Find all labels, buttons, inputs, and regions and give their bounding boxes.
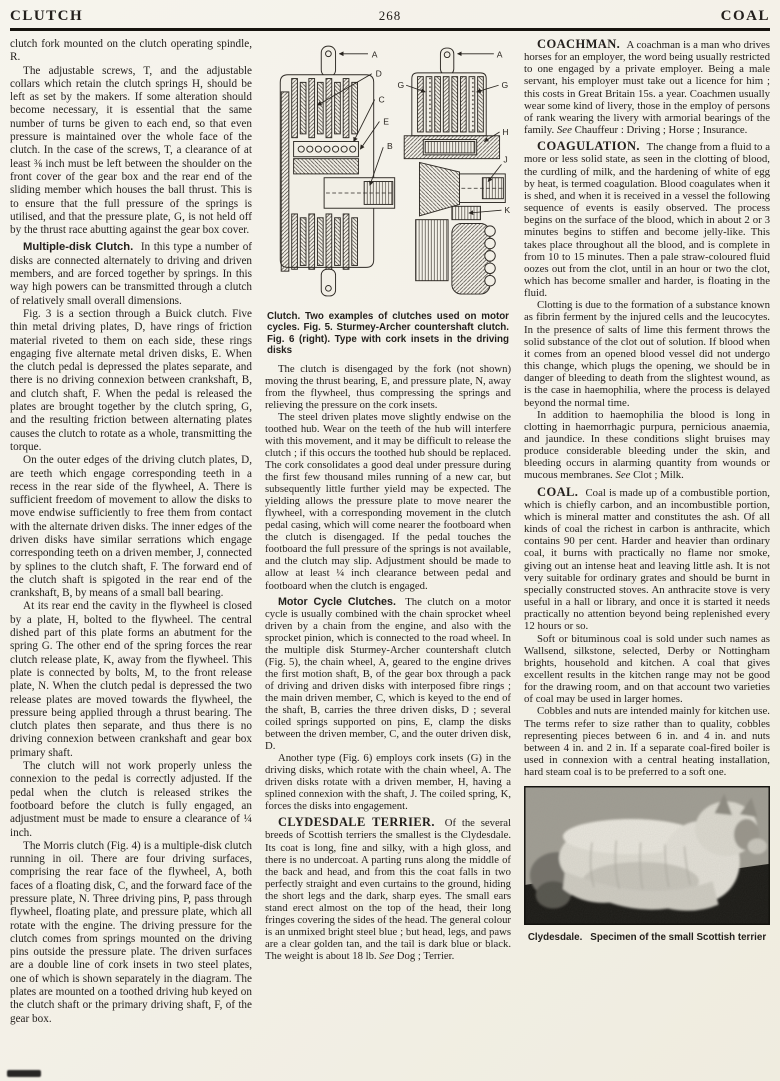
fig6-label-a: A [497,50,503,60]
figure-caption: Clutch. Two examples of clutches used on… [267,311,509,357]
paragraph: Multiple-disk Clutch. In this type a num… [10,241,252,307]
clutch-diagrams-figure: A D C E B [265,38,511,306]
paragraph: In addition to haemophilia the blood is … [524,409,770,482]
paragraph-text: A coachman is a man who drives horses fo… [524,39,770,136]
cross-reference: Dog ; Terrier. [397,950,455,962]
fig5-label-d: D [376,69,382,79]
scan-artifact-mark [7,1070,41,1077]
paragraph: COAGULATION. The change from a fluid to … [524,140,770,299]
paragraph-text: Fig. 3 is a section through a Buick clut… [10,308,252,453]
paragraph: Another type (Fig. 6) employs cork inset… [265,752,511,812]
fig5-label-a: A [372,50,378,60]
fig6-label-k: K [504,205,510,215]
photo-caption: Clydesdale.Specimen of the small Scottis… [524,932,770,943]
paragraph-text: Of the several breeds of Scottish terrie… [265,817,511,962]
entry-headword: CLYDESDALE TERRIER. [278,815,435,829]
fig5-sturmey-archer-clutch [280,46,394,296]
header-rule [10,28,770,31]
paragraph-text: The clutch will not work properly unless… [10,760,252,838]
paragraph-text: Clotting is due to the formation of a su… [524,299,770,408]
paragraph: Cobbles and nuts are intended mainly for… [524,705,770,778]
paragraph-text: At its rear end the cavity in the flywhe… [10,600,252,758]
paragraph-text: Soft or bituminous coal is sold under su… [524,633,770,706]
fig5-label-e: E [383,116,389,126]
photo-caption-lead: Clydesdale. [528,932,582,943]
paragraph: The Morris clutch (Fig. 4) is a multiple… [10,840,252,1026]
paragraph: At its rear end the cavity in the flywhe… [10,600,252,760]
cross-reference: Clot ; Milk. [633,469,684,481]
column-right: COACHMAN. A coachman is a man who drives… [524,38,770,1078]
fig5-label-b: B [387,141,393,151]
paragraph: Soft or bituminous coal is sold under su… [524,633,770,706]
paragraph-text: The adjustable screws, T, and the adjust… [10,65,252,237]
section-heading: Motor Cycle Clutches. [278,596,396,608]
paragraph-text: Coal is made up of a combustible portion… [524,487,770,633]
fig6-label-g-left: G [398,80,405,90]
column-middle: A D C E B [265,38,511,1078]
fig6-cork-inset-clutch [404,48,505,294]
paragraph: The adjustable screws, T, and the adjust… [10,65,252,238]
terrier-photo-block: Clydesdale.Specimen of the small Scottis… [524,786,770,943]
paragraph-text: Another type (Fig. 6) employs cork inset… [265,752,511,812]
clutch-figure-block: A D C E B [265,38,511,357]
cross-reference-see: See [557,124,572,136]
terrier-photo [524,786,770,925]
paragraph: Motor Cycle Clutches. The clutch on a mo… [265,596,511,753]
paragraph: clutch fork mounted on the clutch operat… [10,38,252,65]
paragraph: The steel driven plates move slightly en… [265,411,511,592]
paragraph: CLYDESDALE TERRIER. Of the several breed… [265,816,511,962]
paragraph-text: The change from a fluid to a more or les… [524,141,770,299]
cross-reference-see: See [379,950,394,962]
paragraph: COACHMAN. A coachman is a man who drives… [524,38,770,136]
entry-headword: COACHMAN. [537,38,620,51]
paragraph: COAL. Coal is made up of a combustible p… [524,486,770,633]
fig6-label-h: H [502,127,508,137]
cross-reference-see: See [615,469,630,481]
encyclopedia-page: CLUTCH 268 COAL clutch fork mounted on t… [0,0,780,1081]
page-columns: clutch fork mounted on the clutch operat… [10,38,770,1078]
paragraph-text: The Morris clutch (Fig. 4) is a multiple… [10,840,252,1025]
cross-reference: Chauffeur : Driving ; Horse ; Insurance. [575,124,748,136]
paragraph-text: The clutch is disengaged by the fork (no… [265,363,511,411]
paragraph-text: clutch fork mounted on the clutch operat… [10,38,252,63]
paragraph: On the outer edges of the driving clutch… [10,454,252,600]
paragraph: The clutch is disengaged by the fork (no… [265,363,511,411]
fig5-label-c: C [378,94,384,104]
column-left: clutch fork mounted on the clutch operat… [10,38,252,1078]
entry-headword: COAL. [537,485,578,499]
paragraph-text: Cobbles and nuts are intended mainly for… [524,705,770,778]
fig6-label-j: J [503,154,507,164]
entry-headword: COAGULATION. [537,139,640,153]
paragraph: Clotting is due to the formation of a su… [524,299,770,408]
paragraph: Fig. 3 is a section through a Buick clut… [10,308,252,454]
paragraph-text: The clutch on a motor cycle is usually c… [265,596,511,753]
fig6-label-g-right: G [501,80,508,90]
page-header: CLUTCH 268 COAL [10,5,770,27]
paragraph-text: The steel driven plates move slightly en… [265,411,511,592]
photo-caption-text: Specimen of the small Scottish terrier [590,932,766,943]
page-number: 268 [10,5,770,27]
paragraph-text: On the outer edges of the driving clutch… [10,454,252,599]
paragraph: The clutch will not work properly unless… [10,760,252,840]
section-heading: Multiple-disk Clutch. [23,241,133,253]
